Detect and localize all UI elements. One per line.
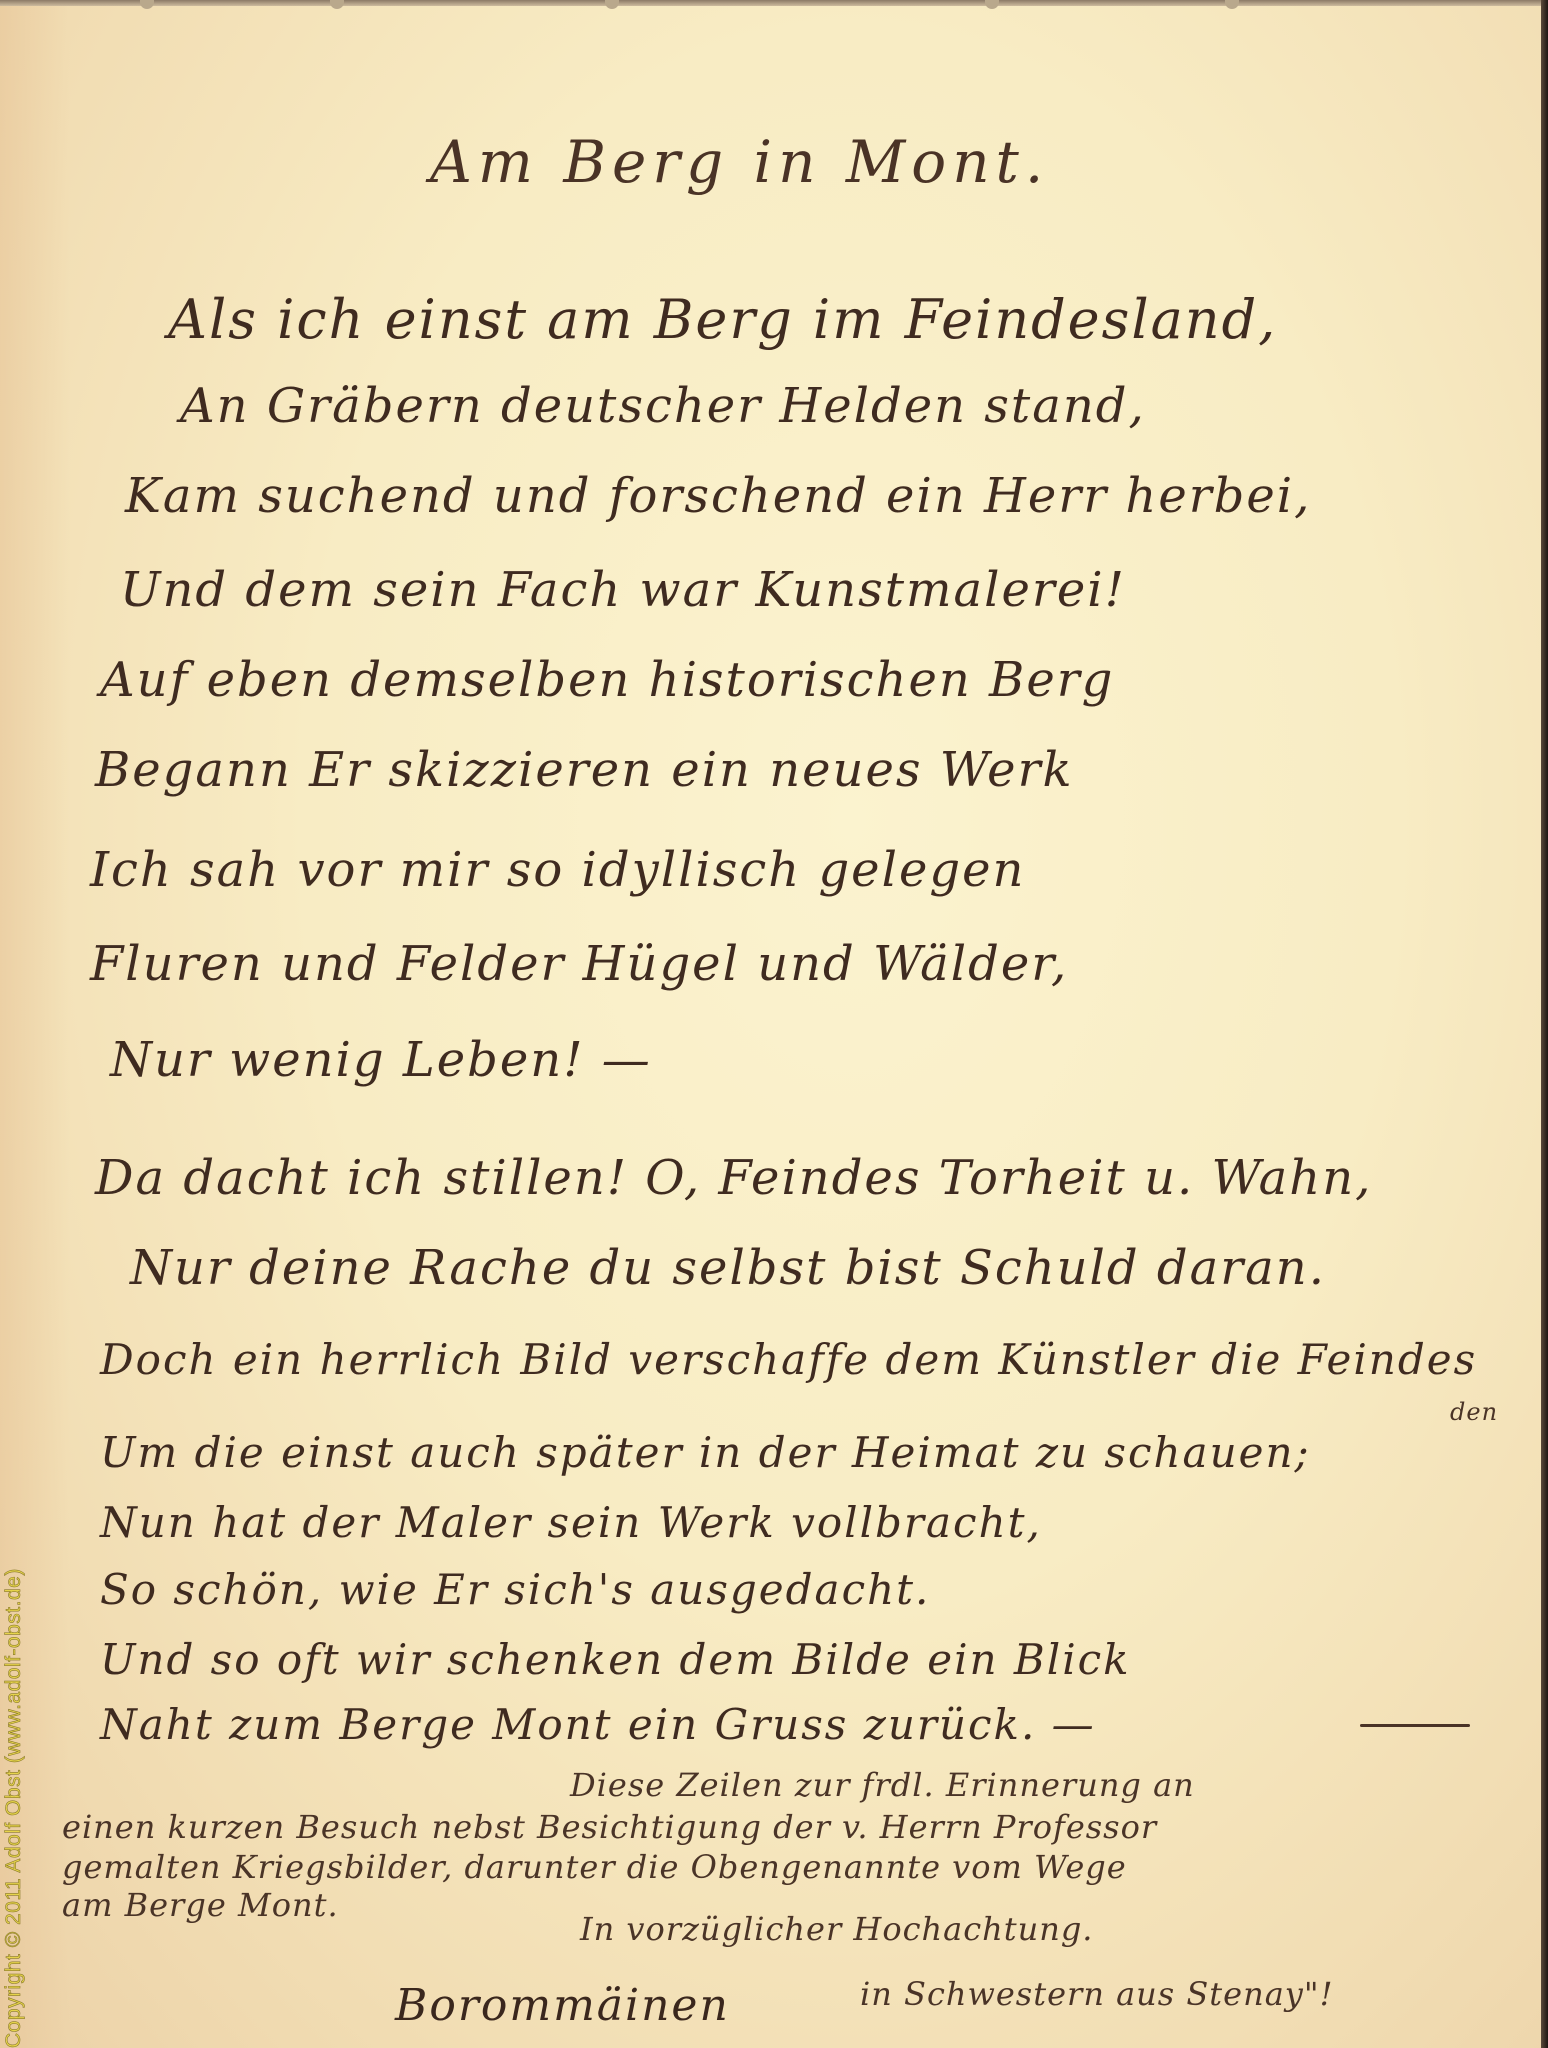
verse-line: Doch ein herrlich Bild verschaffe dem Kü… [100,1335,1477,1384]
copyright-watermark: Copyright © 2011 Adolf Obst (www.adolf-o… [2,1568,26,2048]
binding-stitch [985,0,999,9]
verse-line: So schön, wie Er sich's ausgedacht. [100,1565,930,1614]
verse-line: Naht zum Berge Mont ein Gruss zurück. — [100,1700,1096,1749]
closing-note-line: Diese Zeilen zur frdl. Erinnerung an [570,1766,1195,1804]
verse-line: Auf eben demselben historischen Berg [100,652,1114,708]
closing-note-line: In vorzüglicher Hochachtung. [580,1910,1093,1948]
verse-line: Als ich einst am Berg im Feindesland, [168,288,1277,351]
binding-stitch [330,0,344,9]
verse-line: An Gräbern deutscher Helden stand, [180,378,1146,434]
binding-stitch [605,0,619,9]
verse-line: Nun hat der Maler sein Werk vollbracht, [100,1498,1042,1547]
signature-location: in Schwestern aus Stenay"! [860,1975,1333,2013]
paper-page: Am Berg in Mont. Als ich einst am Berg i… [0,0,1548,2048]
verse-line: Um die einst auch später in der Heimat z… [100,1428,1311,1477]
verse-line: Und so oft wir schenken dem Bilde ein Bl… [100,1635,1131,1684]
verse-line: Begann Er skizzieren ein neues Werk [95,742,1074,798]
binding-stitch [140,0,154,9]
verse-line: Ich sah vor mir so idyllisch gelegen [90,842,1025,898]
verse-line: Kam suchend und forschend ein Herr herbe… [125,468,1311,524]
binding-stitch [1225,0,1239,9]
verse-line: Nur wenig Leben! — [110,1032,652,1088]
verse-line: Und dem sein Fach war Kunstmalerei! [120,562,1126,618]
ending-dash [1360,1724,1470,1727]
verse-line: Da dacht ich stillen! O, Feindes Torheit… [95,1150,1372,1206]
verse-line: Fluren und Felder Hügel und Wälder, [90,936,1068,992]
closing-note-line: am Berge Mont. [62,1886,339,1924]
page-edge-shadow [1541,0,1548,2048]
poem-title: Am Berg in Mont. [430,128,1049,196]
interlinear-insertion: den [1450,1398,1498,1426]
closing-note-line: einen kurzen Besuch nebst Besichtigung d… [62,1808,1157,1846]
binding-edge [0,0,1548,6]
signature-name: Borommäinen [395,1980,730,2031]
closing-note-line: gemalten Kriegsbilder, darunter die Oben… [62,1848,1127,1886]
verse-line: Nur deine Rache du selbst bist Schuld da… [130,1240,1326,1296]
